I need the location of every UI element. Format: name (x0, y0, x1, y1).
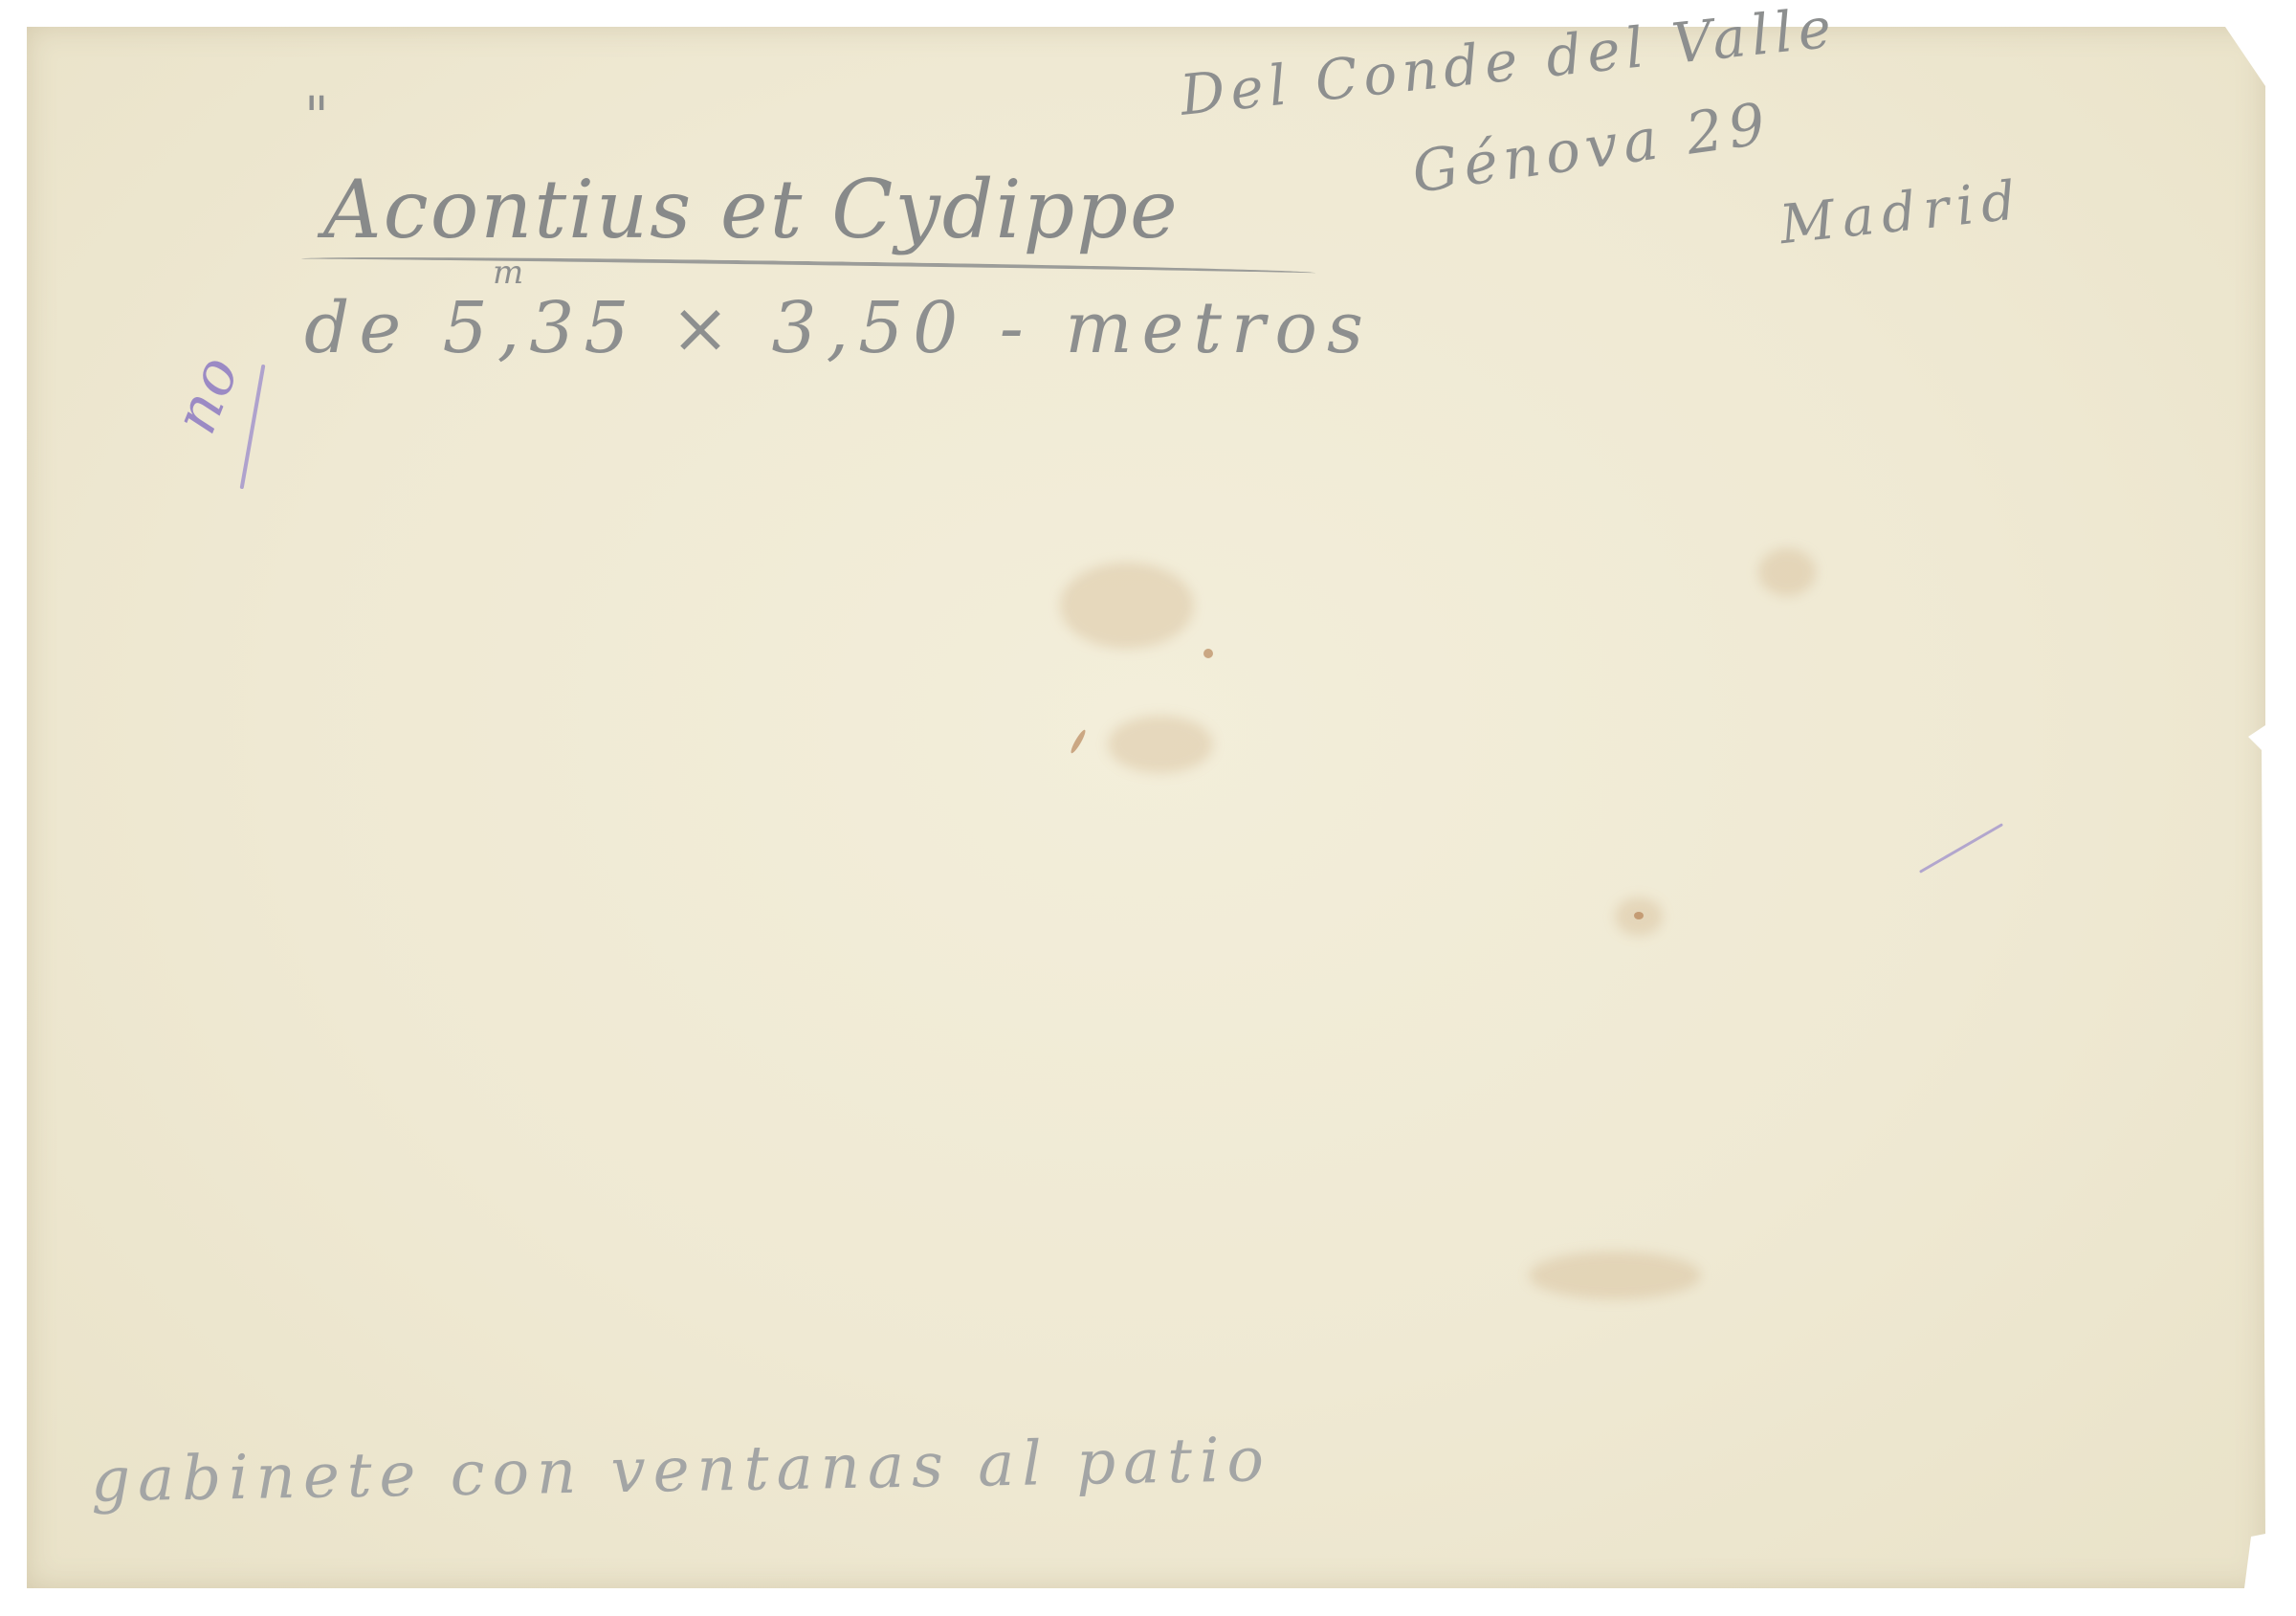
opening-quote-mark: " (304, 86, 331, 148)
dimensions-superscript: m (493, 254, 525, 292)
speck (1203, 649, 1213, 658)
foxing-stain (1108, 716, 1213, 773)
foxing-stain (1758, 548, 1816, 596)
dimensions-text: de 5,35 × 3,50 - metros (304, 287, 1373, 369)
speck (1069, 728, 1087, 754)
foxing-stain (1529, 1251, 1701, 1299)
title-text: Acontius et Cydippe (323, 163, 1180, 256)
speck (1634, 912, 1644, 919)
foxing-stain (1060, 563, 1194, 649)
